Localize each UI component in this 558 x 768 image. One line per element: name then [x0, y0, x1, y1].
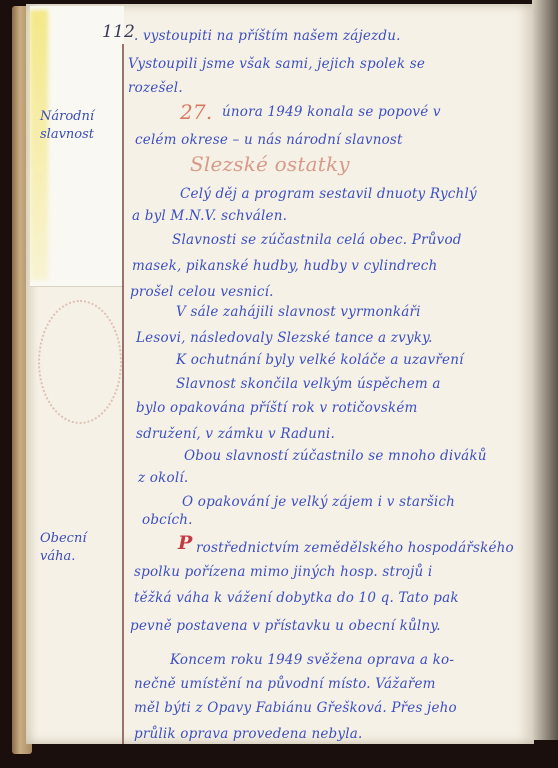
text-line: průlik oprava provedena nebyla. [134, 726, 362, 742]
margin-note-obecni-vaha: Obecní váha. [40, 530, 86, 566]
glue-stain [38, 300, 122, 424]
text-line: . vystoupiti na příštím našem zájezdu. [134, 28, 401, 44]
text-line: února 1949 konala se popové v [222, 104, 441, 120]
notebook-scan: Národní slavnost Obecní váha. 112 . vyst… [0, 0, 558, 768]
text-line: Slavnost skončila velkým úspěchem a [176, 376, 441, 392]
text-line: O opakování je velký zájem i v staršich [182, 494, 455, 510]
text-line: měl býti z Opavy Fabiánu Gřešková. Přes … [134, 700, 457, 716]
date-number: 27. [180, 100, 212, 124]
text-line: těžká váha k vážení dobytka do 10 q. Tat… [134, 590, 459, 606]
text-line: z okolí. [138, 470, 188, 486]
margin-rule [122, 44, 124, 744]
text-line: Koncem roku 1949 svěžena oprava a ko- [170, 652, 454, 668]
text-line: rostřednictvím zemědělského hospodářskéh… [196, 540, 514, 556]
text-line: nečně umístění na původní místo. Vážařem [134, 676, 436, 692]
text-line: prošel celou vesnicí. [130, 284, 274, 300]
yellow-highlight-stain [30, 10, 48, 280]
margin-note-line: Národní [40, 108, 94, 126]
text-line: spolku pořízena mimo jiných hosp. strojů… [134, 564, 432, 580]
text-line: rozešel. [128, 80, 183, 96]
text-line: V sále zahájili slavnost vyrmonkáři [176, 304, 421, 320]
margin-note-line: slavnost [40, 126, 94, 144]
text-line: Obou slavností zúčastnilo se mnoho divák… [184, 448, 487, 464]
text-line: Slavnosti se zúčastnila celá obec. Průvo… [172, 232, 462, 248]
page-number: 112 [102, 22, 135, 42]
margin-note-line: váha. [40, 548, 86, 566]
text-line: Celý děj a program sestavil dnuoty Rychl… [180, 186, 477, 202]
margin-note-line: Obecní [40, 530, 86, 548]
event-title: Slezské ostatky [190, 152, 350, 176]
text-line: obcích. [142, 512, 193, 528]
text-line: sdružení, v zámku v Raduni. [136, 426, 335, 442]
text-line: a byl M.N.V. schválen. [132, 208, 287, 224]
text-line: pevně postavena v přístavku u obecní kůl… [130, 618, 441, 634]
page-edges [532, 0, 558, 740]
text-line: K ochutnání byly velké koláče a uzavření [176, 352, 464, 368]
text-line: bylo opakována příští rok v rotičovském [136, 400, 418, 416]
margin-note-narodni-slavnost: Národní slavnost [40, 108, 94, 144]
text-line: Lesovi, následovaly Slezské tance a zvyk… [136, 330, 433, 346]
decorated-initial: P [178, 532, 193, 554]
text-line: celém okrese – u nás národní slavnost [135, 132, 403, 148]
text-line: Vystoupili jsme však sami, jejich spolek… [128, 56, 425, 72]
text-line: masek, pikanské hudby, hudby v cylindrec… [132, 258, 437, 274]
